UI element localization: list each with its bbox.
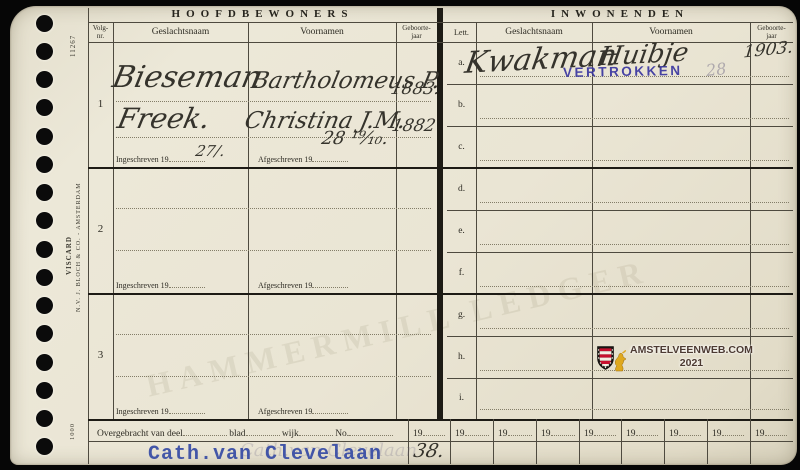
lett-label: c. <box>447 143 476 153</box>
print-run: 1000 <box>70 410 77 440</box>
printer-imprint: N.V. J. BLOCH & CO. - AMSTERDAM <box>76 152 82 312</box>
dotted-fill <box>765 426 787 436</box>
ingeschreven-line: Ingeschreven 19 <box>116 278 205 290</box>
afgeschreven-label: Afgeschreven 19 <box>258 407 312 416</box>
rule <box>750 419 751 464</box>
lett-label: h. <box>447 353 476 363</box>
afgeschreven-label: Afgeschreven 19 <box>258 155 312 164</box>
dotted-writing-line <box>116 376 431 377</box>
ingeschreven-label: Ingeschreven 19 <box>116 281 169 290</box>
col-header-volgnr: nr. <box>88 33 113 40</box>
dotted-fill <box>312 278 348 288</box>
rule <box>447 210 793 211</box>
rule <box>447 84 793 85</box>
rule <box>476 22 477 419</box>
lett-label: b. <box>447 101 476 111</box>
rule <box>450 419 451 464</box>
punch-hole <box>36 354 53 371</box>
dotted-writing-line <box>480 160 789 161</box>
lett-label: i. <box>447 394 476 404</box>
dotted-writing-line <box>480 244 789 245</box>
dotted-fill <box>465 426 489 436</box>
transfer-label: Overgebracht van deel <box>97 429 183 439</box>
year-cell: 19 <box>498 426 532 440</box>
rule <box>664 419 665 464</box>
col-header-firstnames: Voornamen <box>248 28 396 38</box>
punch-hole <box>36 297 53 314</box>
col-header-lett: Lett. <box>447 29 476 37</box>
punch-hole <box>36 212 53 229</box>
lett-label: g. <box>447 311 476 321</box>
ingeschreven-line: Ingeschreven 19 <box>116 152 205 164</box>
punch-hole <box>36 438 53 455</box>
rule <box>707 419 708 464</box>
dotted-writing-line <box>116 250 431 251</box>
rule <box>88 22 793 23</box>
year-prefix: 19 <box>669 429 679 439</box>
punch-hole <box>36 269 53 286</box>
row-number: 3 <box>88 350 113 361</box>
punch-hole <box>36 241 53 258</box>
amstelveenweb-watermark: AMSTELVEENWEB.COM 2021 <box>596 344 753 375</box>
right-section-title: INWONENDEN <box>447 9 793 20</box>
year-cell: 19 <box>755 426 787 440</box>
rule <box>447 378 793 379</box>
rule <box>447 126 793 127</box>
year-cell: 19 <box>669 426 701 440</box>
col-header-surname: Geslachtsnaam <box>476 28 592 38</box>
ingeschreven-line: Ingeschreven 19 <box>116 404 205 416</box>
afgeschreven-line: Afgeschreven 19 <box>258 152 348 164</box>
dotted-writing-line <box>116 334 431 335</box>
dotted-writing-line <box>480 286 789 287</box>
year-prefix: 19 <box>626 429 636 439</box>
brand-imprint: VISCARD <box>66 195 73 275</box>
street-name-stamp: Cath.van Clevelaan <box>120 443 410 466</box>
punch-hole <box>36 99 53 116</box>
col-header-birthyear: Geboorte- <box>750 25 793 32</box>
col-header-volgnr: Volg- <box>88 25 113 32</box>
year-cell: 19 <box>413 426 445 440</box>
year-prefix: 19 <box>413 429 423 439</box>
ingeschreven-label: Ingeschreven 19 <box>116 155 169 164</box>
punch-hole <box>36 184 53 201</box>
dotted-fill <box>551 426 575 436</box>
dotted-fill <box>508 426 532 436</box>
dotted-writing-line <box>480 118 789 119</box>
rule <box>88 167 793 169</box>
afgeschreven-line: Afgeschreven 19 <box>258 278 348 290</box>
punch-hole <box>36 15 53 32</box>
punch-hole <box>36 71 53 88</box>
lett-label: f. <box>447 269 476 279</box>
year-cell: 19 <box>584 426 616 440</box>
rule <box>536 419 537 464</box>
dotted-fill <box>594 426 616 436</box>
scanned-register-card: HAMMERMILL LEDGER 11267 VISCARD N.V. J. … <box>0 0 800 470</box>
punch-hole <box>36 156 53 173</box>
row-number: 2 <box>88 224 113 235</box>
dotted-fill <box>349 426 393 436</box>
handwritten-house-number: 38. <box>412 440 447 462</box>
rule <box>621 419 622 464</box>
pencil-note: 28 <box>705 59 727 80</box>
dotted-fill <box>312 152 348 162</box>
handwritten-deregistered-date: 28 ¹⁹⁄₁₀. <box>320 128 391 149</box>
rule <box>88 8 89 464</box>
year-cell: 19 <box>626 426 658 440</box>
col-header-surname: Geslachtsnaam <box>113 28 248 38</box>
dotted-fill <box>636 426 658 436</box>
transfer-label: No. <box>335 429 349 439</box>
transfer-line: Overgebracht van deel blad wijk No. <box>97 426 393 440</box>
dotted-writing-line <box>480 328 789 329</box>
row-number: 1 <box>88 99 113 110</box>
watermark-year: 2021 <box>630 357 753 370</box>
handwritten-birthyear: 1883. <box>389 79 442 99</box>
handwritten-surname: Bieseman <box>109 60 265 95</box>
dotted-writing-line <box>480 202 789 203</box>
year-prefix: 19 <box>455 429 465 439</box>
rule <box>579 419 580 464</box>
watermark-site: AMSTELVEENWEB.COM <box>630 344 753 357</box>
left-section-title: HOOFDBEWONERS <box>88 9 437 20</box>
punch-hole <box>36 382 53 399</box>
year-prefix: 19 <box>584 429 594 439</box>
transfer-label: blad <box>229 429 245 439</box>
year-prefix: 19 <box>541 429 551 439</box>
punch-hole <box>36 128 53 145</box>
dotted-fill <box>679 426 701 436</box>
col-header-firstnames: Voornamen <box>592 28 750 38</box>
rule <box>447 252 793 253</box>
dotted-fill <box>299 426 333 436</box>
rule <box>493 419 494 464</box>
punch-hole <box>36 43 53 60</box>
afgeschreven-label: Afgeschreven 19 <box>258 281 312 290</box>
watermark-text: AMSTELVEENWEB.COM 2021 <box>630 344 753 369</box>
rule <box>88 419 793 421</box>
handwritten-surname: Freek. <box>114 102 213 135</box>
transfer-label: wijk <box>282 429 299 439</box>
dotted-fill <box>246 426 280 436</box>
rule <box>88 293 793 295</box>
lett-label: d. <box>447 185 476 195</box>
col-header-birthyear: Geboorte- <box>396 25 437 32</box>
dotted-fill <box>169 152 205 162</box>
year-prefix: 19 <box>755 429 765 439</box>
year-prefix: 19 <box>712 429 722 439</box>
dotted-fill <box>312 404 348 414</box>
rule <box>592 22 593 419</box>
handwritten-birthyear: 1882 <box>390 116 438 136</box>
year-cell: 19 <box>541 426 575 440</box>
dotted-writing-line <box>116 208 431 209</box>
dotted-writing-line <box>480 409 789 410</box>
dotted-fill <box>423 426 445 436</box>
form-number: 11267 <box>70 13 77 57</box>
amstelveen-coat-of-arms-icon <box>596 344 626 375</box>
afgeschreven-line: Afgeschreven 19 <box>258 404 348 416</box>
dotted-fill <box>169 278 205 288</box>
lett-label: e. <box>447 227 476 237</box>
year-cell: 19 <box>712 426 744 440</box>
year-prefix: 19 <box>498 429 508 439</box>
year-cell: 19 <box>455 426 489 440</box>
punch-hole <box>36 325 53 342</box>
vertrokken-stamp: VERTROKKEN <box>563 63 683 80</box>
dotted-fill <box>183 426 227 436</box>
dotted-fill <box>169 404 205 414</box>
rule <box>447 336 793 337</box>
punch-hole <box>36 410 53 427</box>
col-header-birthyear: jaar <box>396 33 437 40</box>
dotted-fill <box>722 426 744 436</box>
ingeschreven-label: Ingeschreven 19 <box>116 407 169 416</box>
